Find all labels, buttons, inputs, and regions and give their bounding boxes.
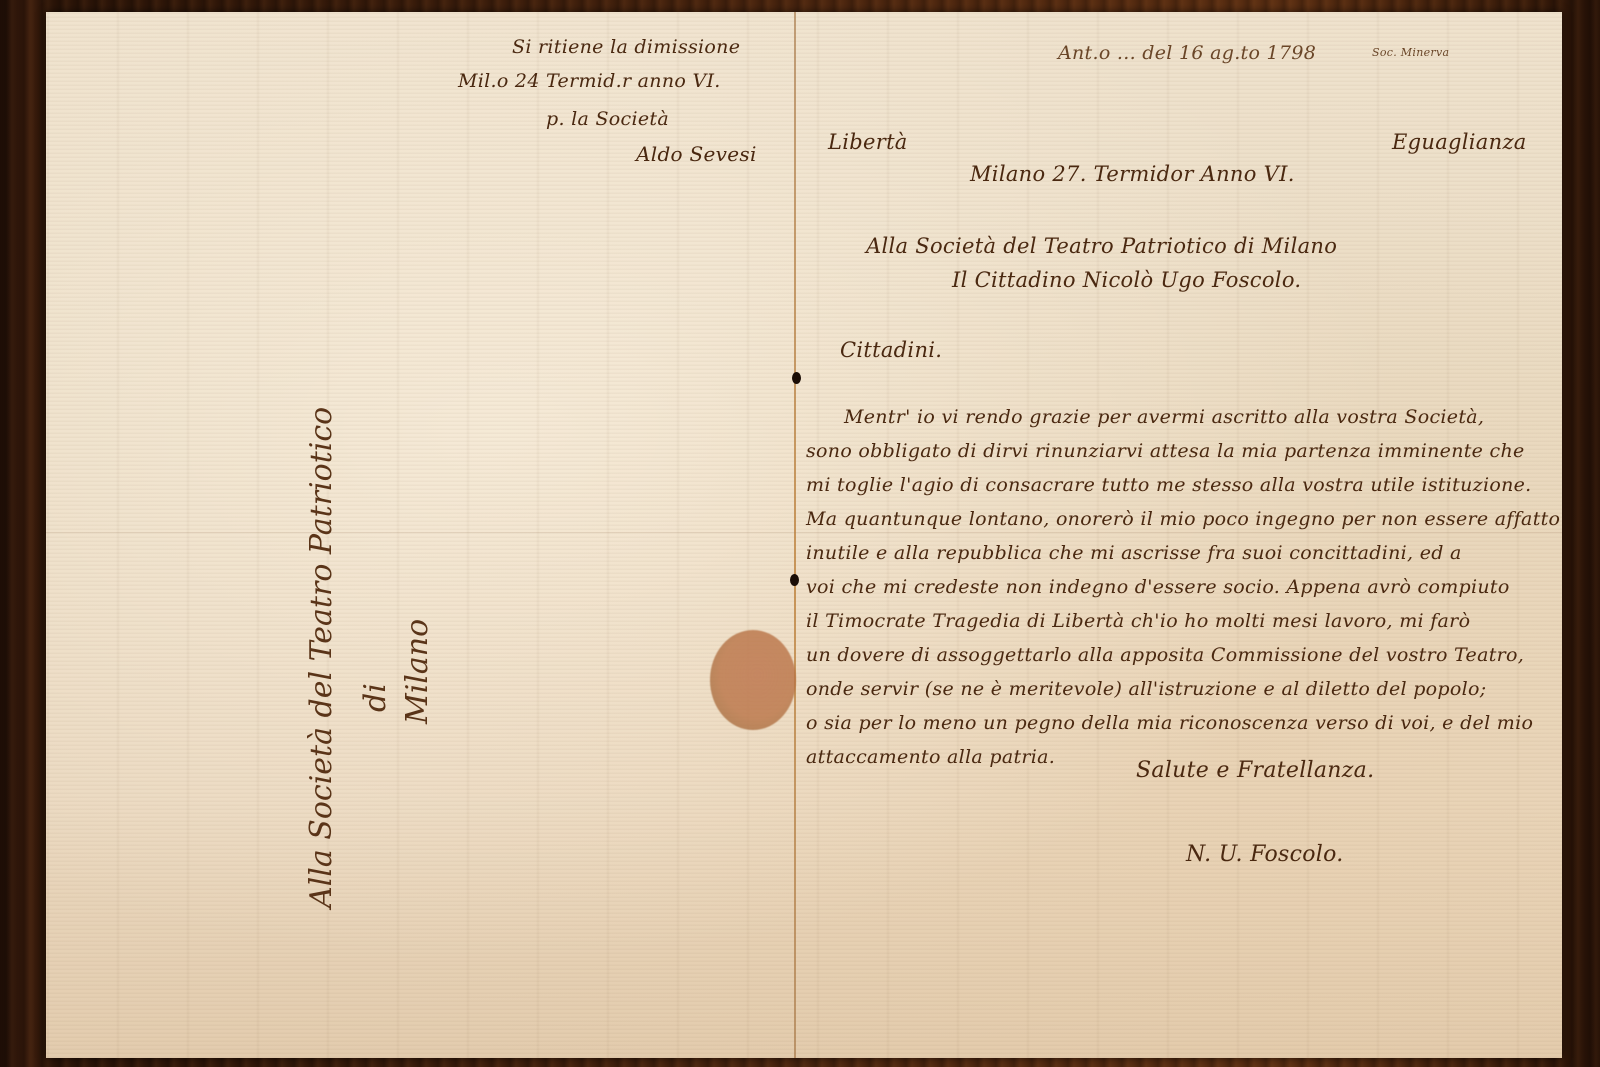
motto-liberty: Libertà xyxy=(828,130,908,154)
wax-seal-stain xyxy=(710,630,796,730)
body-line: un dovere di assoggettarlo alla apposita… xyxy=(806,638,1560,672)
body-line: onde servir (se ne è meritevole) all'ist… xyxy=(806,672,1560,706)
archive-tag: Soc. Minerva xyxy=(1372,46,1449,59)
body-line: voi che mi credeste non indegno d'essere… xyxy=(806,570,1560,604)
address-line-3: Milano xyxy=(400,619,435,724)
annotation-line-1: Si ritiene la dimissione xyxy=(512,36,740,58)
annotation-signature: Aldo Sevesi xyxy=(636,142,757,166)
pin-hole-top xyxy=(792,372,801,384)
signature: N. U. Foscolo. xyxy=(1186,842,1344,867)
address-line-2: di xyxy=(358,683,393,712)
recipient-line-1: Alla Società del Teatro Patriotico di Mi… xyxy=(866,234,1337,258)
body-line: sono obbligato di dirvi rinunziarvi atte… xyxy=(806,434,1560,468)
body-line: Mentr' io vi rendo grazie per avermi asc… xyxy=(806,400,1560,434)
letter-body: Mentr' io vi rendo grazie per avermi asc… xyxy=(806,400,1560,774)
recipient-line-2: Il Cittadino Nicolò Ugo Foscolo. xyxy=(952,268,1301,292)
annotation-line-2: Mil.o 24 Termid.r anno VI. xyxy=(458,70,721,92)
body-line: o sia per lo meno un pegno della mia ric… xyxy=(806,706,1560,740)
body-line: Ma quantunque lontano, onorerò il mio po… xyxy=(806,502,1560,536)
closing: Salute e Fratellanza. xyxy=(1136,758,1374,783)
address-line-1: Alla Società del Teatro Patriotico xyxy=(304,407,339,908)
pin-hole-bottom xyxy=(790,574,799,586)
letter-paper: Si ritiene la dimissione Mil.o 24 Termid… xyxy=(46,12,1562,1058)
body-line: mi toglie l'agio di consacrare tutto me … xyxy=(806,468,1560,502)
salutation: Cittadini. xyxy=(840,338,942,362)
center-fold-line xyxy=(794,12,796,1058)
date-line: Milano 27. Termidor Anno VI. xyxy=(970,162,1295,186)
annotation-line-3: p. la Società xyxy=(546,108,669,130)
archive-note: Ant.o ... del 16 ag.to 1798 xyxy=(1058,42,1316,64)
body-line: inutile e alla repubblica che mi ascriss… xyxy=(806,536,1560,570)
motto-equality: Eguaglianza xyxy=(1392,130,1527,154)
body-line: il Timocrate Tragedia di Libertà ch'io h… xyxy=(806,604,1560,638)
